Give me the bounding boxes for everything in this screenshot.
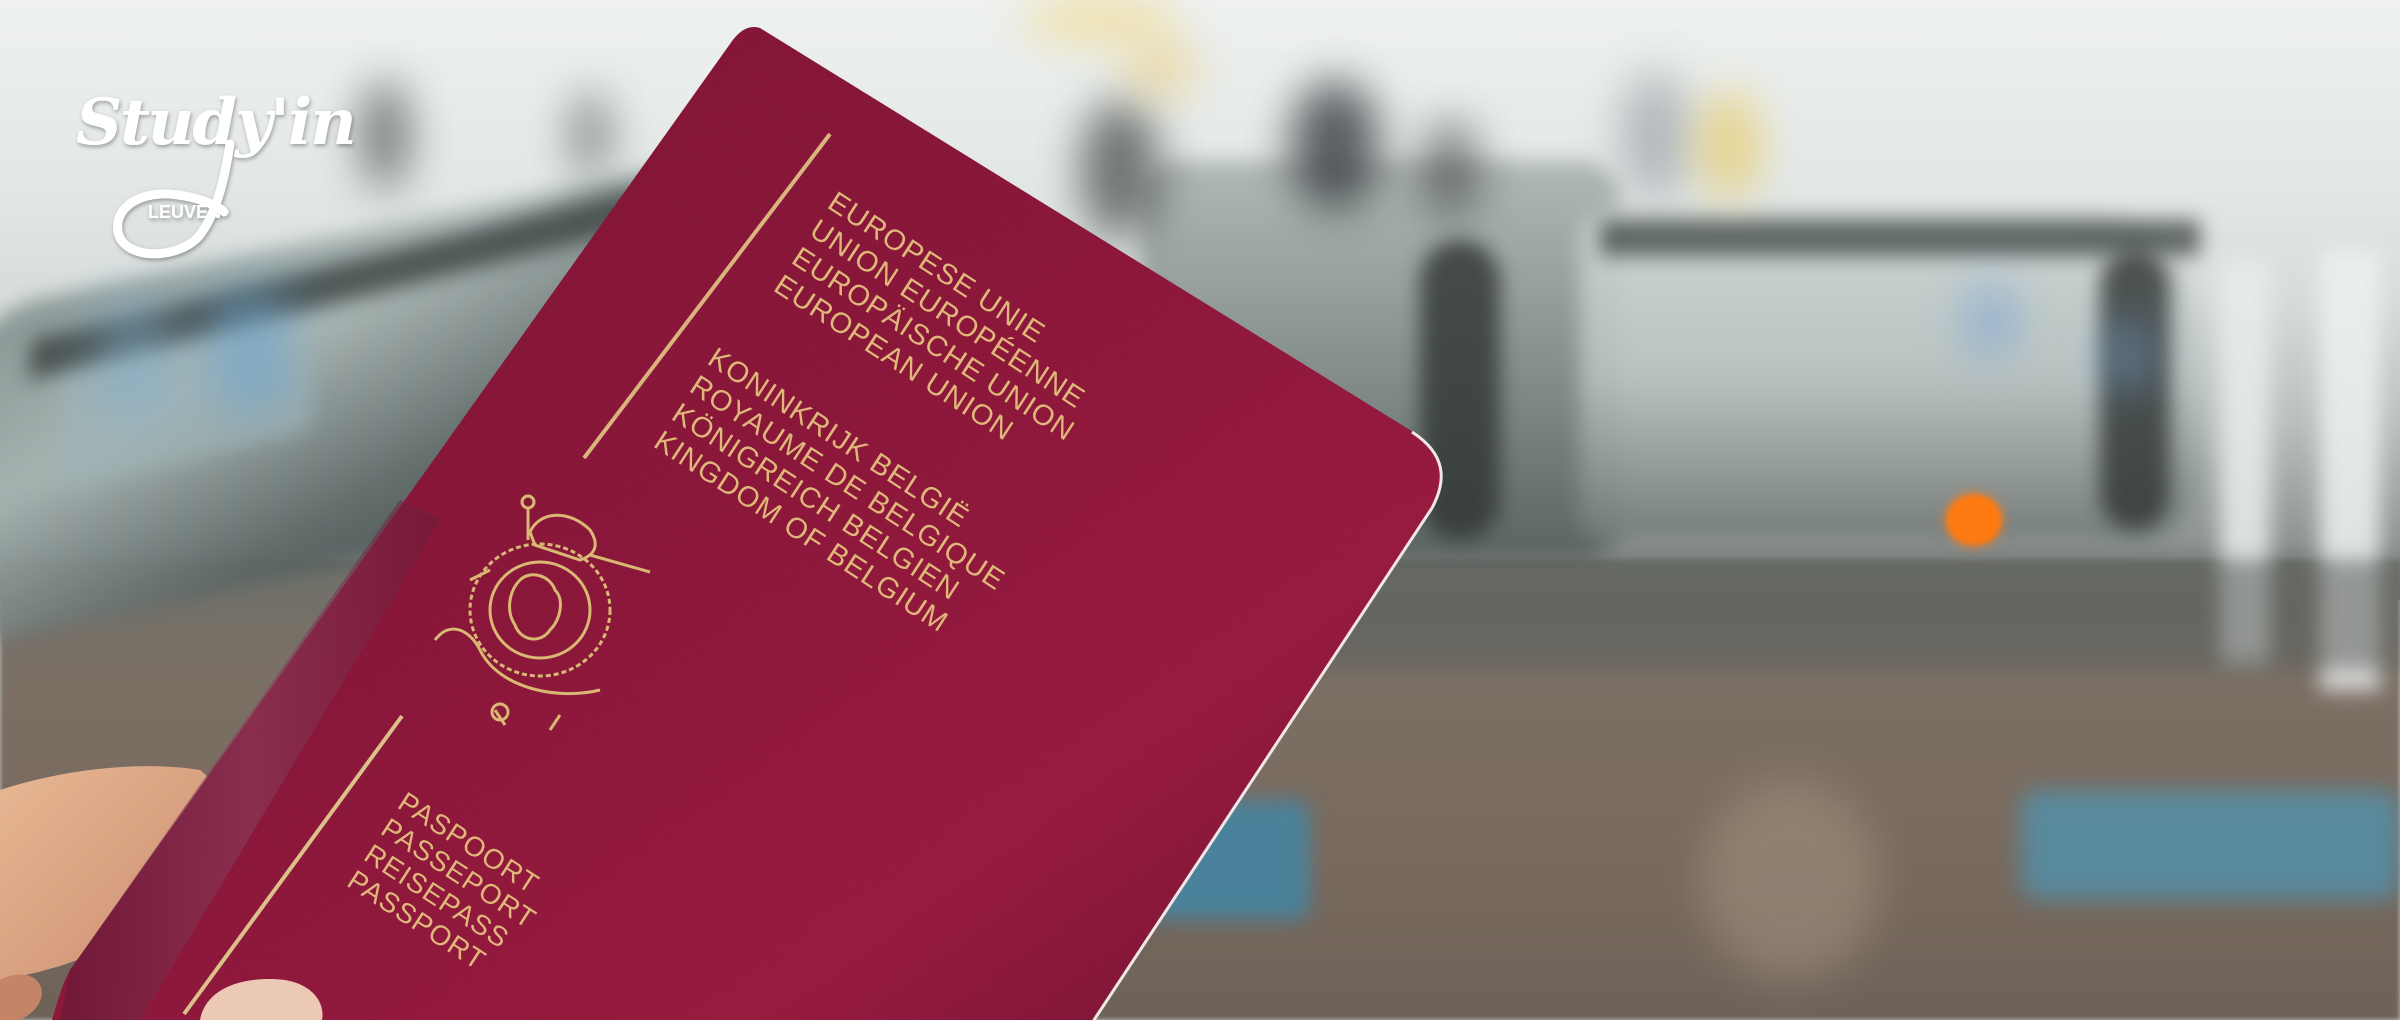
- logo-drop-shape: [118, 144, 230, 254]
- thumb: [0, 0, 2400, 1020]
- study-in-leuven-logo[interactable]: Study'in LEUVEN: [74, 82, 334, 262]
- logo-leuven-text: LEUVEN: [148, 202, 221, 222]
- logo-script-text: Study'in: [76, 85, 355, 160]
